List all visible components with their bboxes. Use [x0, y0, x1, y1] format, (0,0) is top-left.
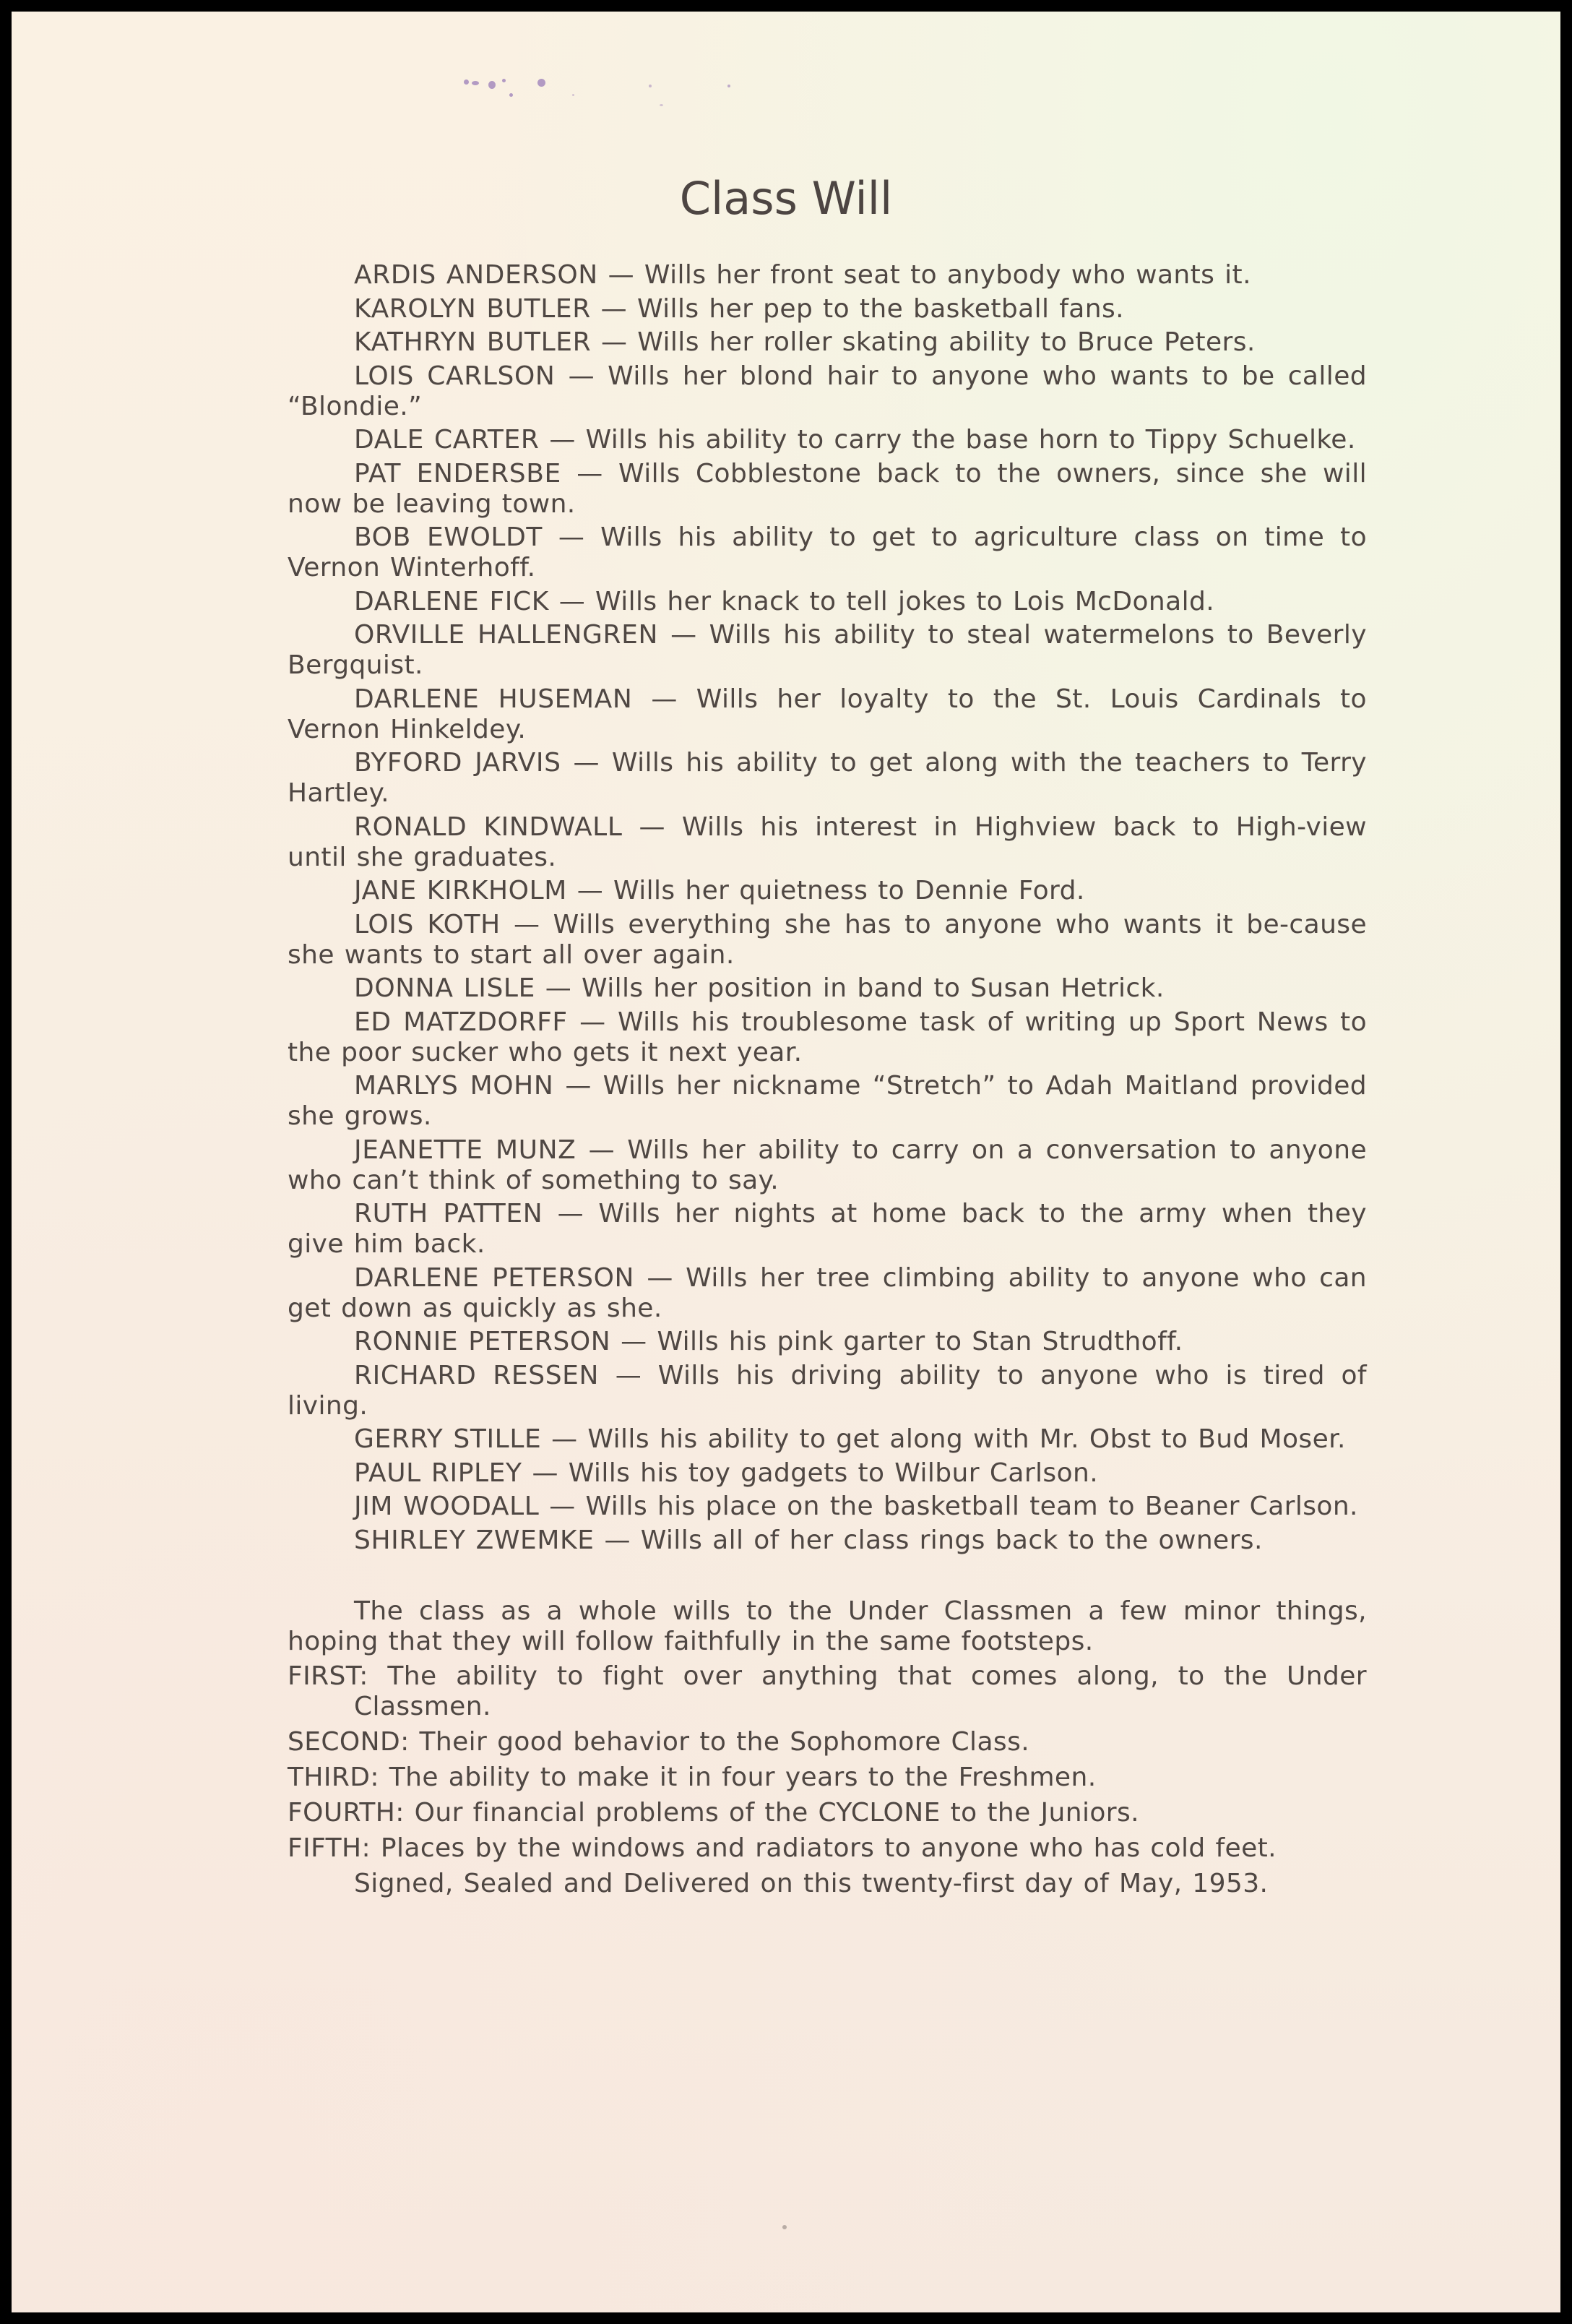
bequest-entry: BOB EWOLDT — Wills his ability to get to… [288, 522, 1367, 583]
student-name: SHIRLEY ZWEMKE [354, 1525, 595, 1555]
em-dash-separator: — [591, 294, 637, 324]
bequest-entry: JEANETTE MUNZ — Wills her ability to car… [288, 1135, 1367, 1196]
em-dash-separator: — [549, 587, 595, 616]
bequest-entry: PAUL RIPLEY — Wills his toy gadgets to W… [288, 1458, 1367, 1489]
em-dash-separator: — [522, 1458, 569, 1488]
ink-speck [649, 85, 652, 87]
em-dash-separator: — [595, 1525, 641, 1555]
bequest-entry: DARLENE PETERSON — Wills her tree climbi… [288, 1263, 1367, 1324]
bequest-entry: LOIS KOTH — Wills everything she has to … [288, 910, 1367, 971]
ordinal-label: SECOND: [288, 1727, 410, 1757]
em-dash-separator: — [539, 425, 585, 455]
item-text: The ability to make it in four years to … [389, 1763, 1097, 1792]
ink-speck [727, 85, 730, 87]
bequest-entry: DALE CARTER — Wills his ability to carry… [288, 425, 1367, 455]
item-text: Places by the windows and radiators to a… [381, 1833, 1277, 1863]
student-name: ARDIS ANDERSON [354, 260, 598, 290]
em-dash-separator: — [535, 973, 582, 1003]
em-dash-separator: — [543, 522, 600, 552]
bequest-entry: PAT ENDERSBE — Wills Cobblestone back to… [288, 459, 1367, 520]
page-title: Class Will [12, 172, 1560, 225]
bequest-entry: RICHARD RESSEN — Wills his driving abili… [288, 1361, 1367, 1421]
dust-speck [782, 2225, 787, 2229]
em-dash-separator: — [567, 876, 613, 905]
bequest-entry: KATHRYN BUTLER — Wills her roller skatin… [288, 327, 1367, 358]
class-bequest-item: SECOND: Their good behavior to the Sopho… [288, 1727, 1367, 1757]
student-name: DONNA LISLE [354, 973, 535, 1003]
em-dash-separator: — [553, 1071, 603, 1101]
student-name: LOIS KOTH [354, 910, 501, 939]
student-name: MARLYS MOHN [354, 1071, 553, 1101]
class-bequest-item: THIRD: The ability to make it in four ye… [288, 1763, 1367, 1793]
em-dash-separator: — [561, 459, 618, 489]
bequest-entry: RUTH PATTEN — Wills her nights at home b… [288, 1199, 1367, 1260]
ink-speck [464, 79, 469, 85]
ink-speck [572, 94, 574, 96]
bequest-entry: ED MATZDORFF — Wills his troublesome tas… [288, 1007, 1367, 1068]
student-name: RONNIE PETERSON [354, 1327, 610, 1356]
class-bequest-item: FIFTH: Places by the windows and radiato… [288, 1833, 1367, 1864]
em-dash-separator: — [555, 361, 608, 391]
student-name: ORVILLE HALLENGREN [354, 620, 658, 650]
ink-speck [537, 79, 545, 87]
student-name: RUTH PATTEN [354, 1199, 543, 1228]
signature-line: Signed, Sealed and Delivered on this twe… [288, 1869, 1367, 1899]
bequest-text: Wills her roller skating ability to Bruc… [637, 327, 1255, 357]
bequest-text: Wills her front seat to anybody who want… [644, 260, 1251, 290]
student-name: JANE KIRKHOLM [354, 876, 567, 905]
student-name: DALE CARTER [354, 425, 539, 455]
em-dash-separator: — [610, 1327, 657, 1356]
bequest-text: Wills his ability to carry the base horn… [586, 425, 1356, 455]
bequest-entry: LOIS CARLSON — Wills her blond hair to a… [288, 361, 1367, 422]
bequest-entry: SHIRLEY ZWEMKE — Wills all of her class … [288, 1525, 1367, 1556]
ordinal-label: THIRD: [288, 1763, 379, 1792]
ink-speck [509, 93, 513, 97]
em-dash-separator: — [598, 260, 644, 290]
bequest-text: Wills his pink garter to Stan Strudthoff… [657, 1327, 1183, 1356]
bequest-entry: DARLENE FICK — Wills her knack to tell j… [288, 587, 1367, 617]
em-dash-separator: — [576, 1135, 627, 1165]
student-name: KATHRYN BUTLER [354, 327, 591, 357]
bequest-entry: DONNA LISLE — Wills her position in band… [288, 973, 1367, 1004]
student-name: BOB EWOLDT [354, 522, 543, 552]
em-dash-separator: — [599, 1361, 658, 1390]
bequest-entry: BYFORD JARVIS — Wills his ability to get… [288, 748, 1367, 809]
student-name: KAROLYN BUTLER [354, 294, 591, 324]
em-dash-separator: — [591, 327, 637, 357]
scanned-page: Class Will ARDIS ANDERSON — Wills her fr… [12, 12, 1560, 2312]
ordinal-label: FOURTH: [288, 1798, 405, 1828]
bequest-entry: ARDIS ANDERSON — Wills her front seat to… [288, 260, 1367, 290]
student-name: PAUL RIPLEY [354, 1458, 522, 1488]
ink-speck [502, 79, 506, 82]
bequest-entry: ORVILLE HALLENGREN — Wills his ability t… [288, 620, 1367, 681]
em-dash-separator: — [568, 1007, 618, 1037]
bequest-text: Wills his place on the basketball team t… [586, 1492, 1358, 1521]
item-text: Our financial problems of the CYCLONE to… [415, 1798, 1139, 1828]
em-dash-separator: — [623, 812, 682, 842]
bequest-list: ARDIS ANDERSON — Wills her front seat to… [288, 260, 1367, 1556]
student-name: DARLENE FICK [354, 587, 549, 616]
student-name: JIM WOODALL [354, 1492, 539, 1521]
em-dash-separator: — [539, 1492, 585, 1521]
em-dash-separator: — [634, 1263, 686, 1293]
ordinal-label: FIRST: [288, 1661, 368, 1691]
student-name: BYFORD JARVIS [354, 748, 561, 778]
student-name: JEANETTE MUNZ [354, 1135, 576, 1165]
student-name: ED MATZDORFF [354, 1007, 568, 1037]
bequest-text: Wills her quietness to Dennie Ford. [613, 876, 1085, 905]
bequest-entry: KAROLYN BUTLER — Wills her pep to the ba… [288, 294, 1367, 324]
em-dash-separator: — [632, 684, 696, 714]
ink-speck [660, 104, 663, 106]
bequest-text: Wills his ability to get along with Mr. … [587, 1424, 1345, 1454]
bequest-entry: GERRY STILLE — Wills his ability to get … [288, 1424, 1367, 1455]
em-dash-separator: — [561, 748, 612, 778]
em-dash-separator: — [543, 1199, 598, 1228]
bequest-entry: RONNIE PETERSON — Wills his pink garter … [288, 1327, 1367, 1357]
ink-speck [472, 81, 479, 85]
bequest-text: Wills her position in band to Susan Hetr… [582, 973, 1165, 1003]
student-name: DARLENE PETERSON [354, 1263, 634, 1293]
bequest-entry: RONALD KINDWALL — Wills his interest in … [288, 812, 1367, 873]
student-name: GERRY STILLE [354, 1424, 541, 1454]
bequest-text: Wills all of her class rings back to the… [641, 1525, 1263, 1555]
class-bequest-item: FIRST: The ability to fight over anythin… [288, 1661, 1367, 1722]
student-name: RICHARD RESSEN [354, 1361, 599, 1390]
will-body: ARDIS ANDERSON — Wills her front seat to… [288, 260, 1367, 1899]
bequest-text: Wills his toy gadgets to Wilbur Carlson. [569, 1458, 1098, 1488]
student-name: RONALD KINDWALL [354, 812, 623, 842]
item-text: The ability to fight over anything that … [354, 1661, 1367, 1721]
ink-speck [488, 81, 496, 89]
bequest-entry: DARLENE HUSEMAN — Wills her loyalty to t… [288, 684, 1367, 745]
em-dash-separator: — [501, 910, 553, 939]
ordinal-label: FIFTH: [288, 1833, 371, 1863]
class-bequest-item: FOURTH: Our financial problems of the CY… [288, 1798, 1367, 1828]
bequest-text: Wills her knack to tell jokes to Lois Mc… [595, 587, 1214, 616]
class-bequest-items: FIRST: The ability to fight over anythin… [288, 1661, 1367, 1864]
em-dash-separator: — [541, 1424, 587, 1454]
bequest-text: Wills her pep to the basketball fans. [637, 294, 1124, 324]
student-name: DARLENE HUSEMAN [354, 684, 632, 714]
student-name: PAT ENDERSBE [354, 459, 561, 489]
bequest-entry: MARLYS MOHN — Wills her nickname “Stretc… [288, 1071, 1367, 1132]
bequest-entry: JIM WOODALL — Wills his place on the bas… [288, 1492, 1367, 1522]
item-text: Their good behavior to the Sophomore Cla… [420, 1727, 1030, 1757]
bequest-entry: JANE KIRKHOLM — Wills her quietness to D… [288, 876, 1367, 906]
class-bequest-intro: The class as a whole wills to the Under … [288, 1596, 1367, 1657]
student-name: LOIS CARLSON [354, 361, 555, 391]
em-dash-separator: — [658, 620, 709, 650]
